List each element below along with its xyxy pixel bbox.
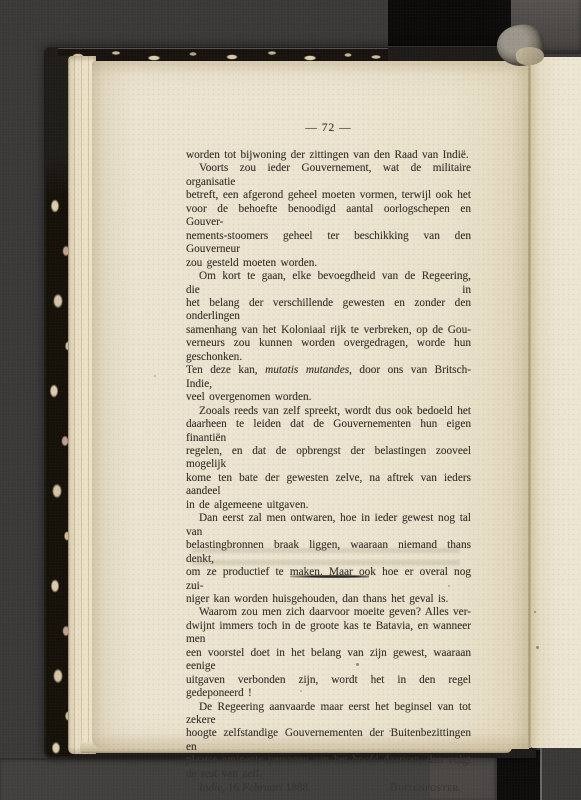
foxing-speck (356, 663, 359, 666)
foxing-speck (448, 585, 450, 587)
text-line: worden tot bijwoning der zittingen van d… (186, 149, 471, 162)
text-line: De Regeering aanvaarde maar eerst het be… (186, 701, 471, 728)
text-line: Dan eerst zal men ontwaren, hoe in ieder… (186, 512, 471, 539)
printed-text-block: — 72 — worden tot bijwoning der zittinge… (186, 122, 471, 796)
dateline: Indie, 16 Februari 1888. Buitenposter. (186, 782, 471, 795)
text-line: Om kort te gaan, elke bevoegdheid van de… (186, 270, 471, 297)
text-line: dwijnt immers toch in de groote kas te B… (186, 620, 471, 647)
paragraph: Om kort te gaan, elke bevoegdheid van de… (186, 270, 471, 405)
text-line: zou gesteld moeten worden. (186, 257, 471, 270)
text-line: plaatse eminente personen aan het hoofd … (186, 754, 471, 767)
foxing-speck (300, 690, 302, 692)
ink-bleed-through (192, 548, 460, 572)
book-scan-viewport: — 72 — worden tot bijwoning der zittinge… (0, 0, 581, 800)
paragraph: De Regeering aanvaarde maar eerst het be… (186, 701, 471, 782)
text-line: uitgaven verbonden zijn, wordt het in de… (186, 674, 471, 701)
facing-page-edge (531, 57, 581, 748)
text-line: Zooals reeds van zelf spreekt, wordt dus… (186, 405, 471, 418)
text-line: in de algemeene uitgaven. (186, 499, 471, 512)
text-line: Voorts zou ieder Gouvernement, wat de mi… (186, 162, 471, 189)
paragraph: Zooals reeds van zelf spreekt, wordt dus… (186, 405, 471, 513)
text-line: regelen, en dat de opbrengst der belasti… (186, 445, 471, 472)
text-line: daarheen te leiden dat de Gouvernementen… (186, 418, 471, 445)
dateline-signature: Buitenposter. (390, 782, 462, 795)
foxing-speck (536, 646, 539, 649)
text-line: de rest van zelf. (186, 768, 471, 781)
text-line: het belang der verschillende gewesten en… (186, 297, 471, 324)
section-end-rule (290, 575, 369, 578)
body-text: worden tot bijwoning der zittingen van d… (186, 149, 471, 781)
text-line: voor de behoefte benoodigd aantal oorlog… (186, 203, 471, 230)
text-line: verneurs zou kunnen worden overgedragen,… (186, 337, 471, 364)
text-line: hoogte zelfstandige Gouvernementen der B… (186, 727, 471, 754)
paragraph: Voorts zou ieder Gouvernement, wat de mi… (186, 162, 471, 270)
text-line: samenhang van het Koloniaal rijk te verb… (186, 324, 471, 337)
text-line: Waarom zou men zich daarvoor moeite geve… (186, 606, 471, 619)
dateline-place-date: Indie, 16 Februari 1888. (186, 782, 311, 795)
text-line: Ten deze kan, mutatis mutandes, door ons… (186, 364, 471, 391)
text-line: betreft, een afgerond geheel moeten vorm… (186, 189, 471, 202)
scanner-gap-top (388, 0, 505, 50)
text-line: een voorstel doet in het belang van zijn… (186, 647, 471, 674)
text-line: kome ten bate der gewesten zelve, na aft… (186, 472, 471, 499)
paragraph: worden tot bijwoning der zittingen van d… (186, 149, 471, 162)
text-line: veel overgenomen worden. (186, 391, 471, 404)
text-line: niger kan worden huisgehouden, dan thans… (186, 593, 471, 606)
paragraph: Waarom zou men zich daarvoor moeite geve… (186, 606, 471, 700)
page-number: — 72 — (186, 122, 471, 134)
text-line: nements-stoomers geheel ter beschikking … (186, 230, 471, 257)
foxing-speck (534, 611, 536, 613)
scanner-cradle-bottom-right (540, 744, 581, 800)
foxing-speck (154, 375, 156, 377)
foxing-speck (389, 730, 391, 732)
